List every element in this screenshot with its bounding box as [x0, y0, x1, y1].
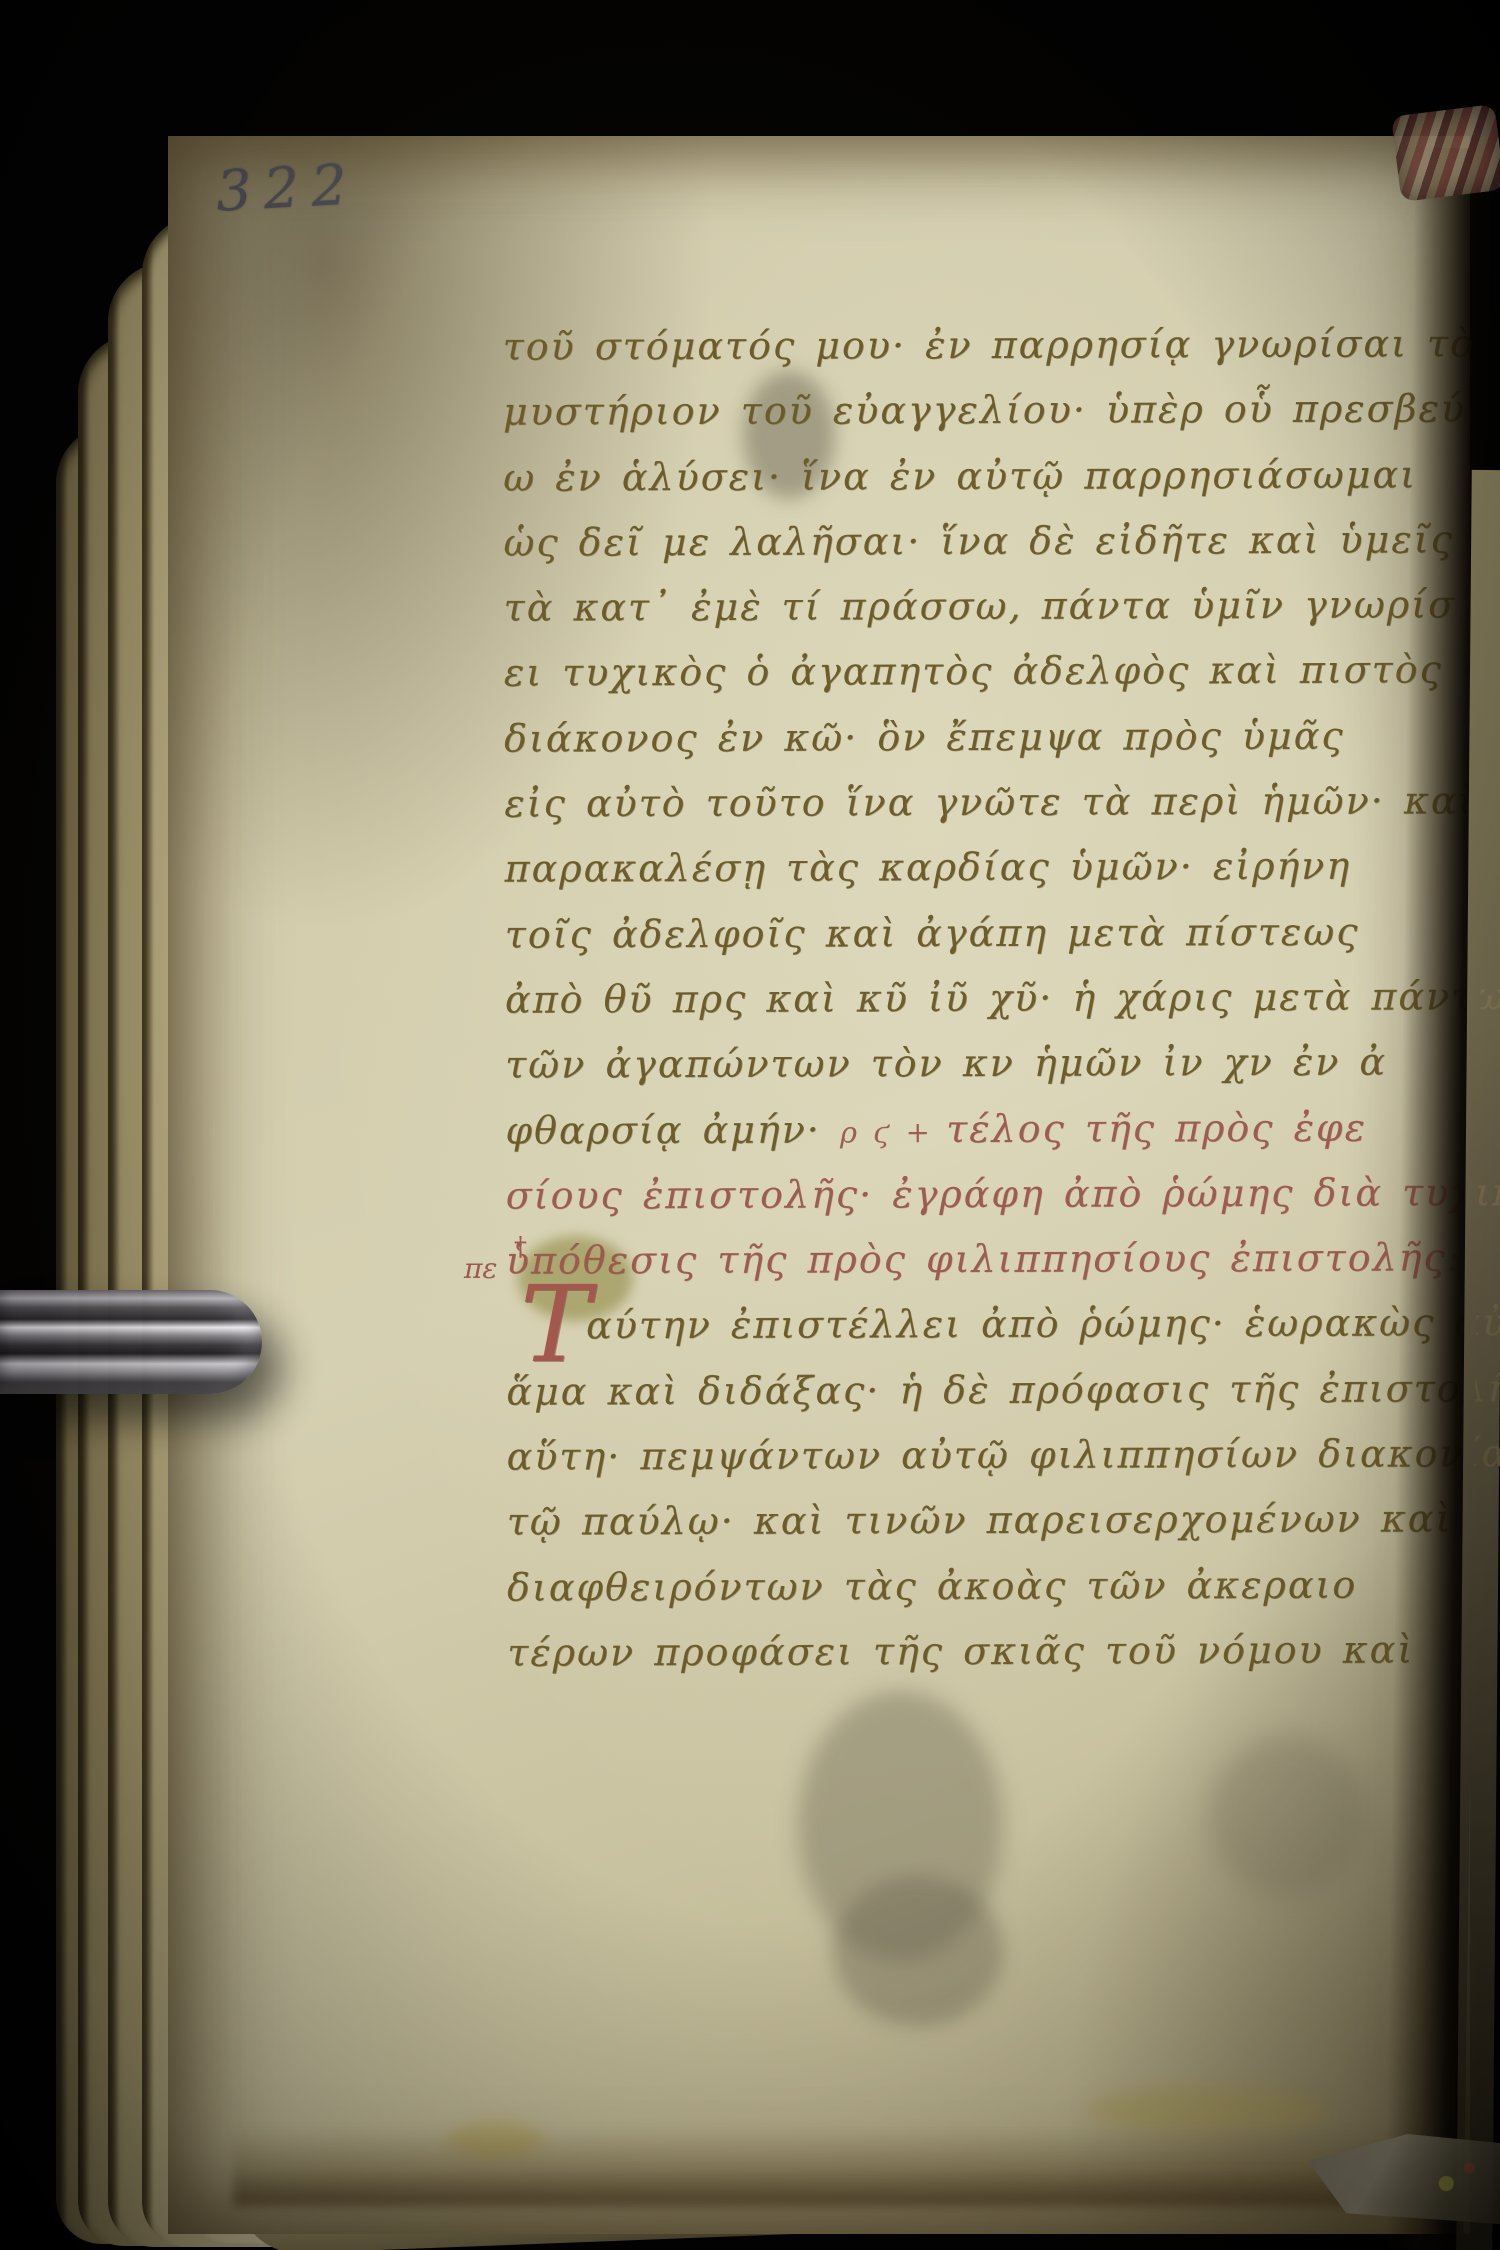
text-line: ὑπόθεσις τῆς πρὸς φιλιππησίους ἐπιστολῆς… — [506, 1225, 1466, 1294]
text-line: ω ἐν ἁλύσει· ἵνα ἐν αὐτῷ παρρησιάσωμαι — [503, 442, 1463, 511]
text-segment: μυστήριον τοῦ εὐαγγελίου· ὑπὲρ οὗ πρεσβε… — [503, 387, 1466, 434]
text-segment: φθαρσίᾳ ἀμήν· — [505, 1107, 840, 1152]
text-line: μυστήριον τοῦ εὐαγγελίου· ὑπὲρ οὗ πρεσβε… — [503, 377, 1463, 446]
text-segment: παρακαλέσῃ τὰς καρδίας ὑμῶν· εἰρήνη — [504, 844, 1351, 891]
gray-blotch-stain — [833, 1876, 1003, 2026]
text-line: ἀπὸ θῦ πρς καὶ κῦ ἰῦ χῦ· ἡ χάρις μετὰ πά… — [505, 964, 1465, 1033]
gray-blotch-stain — [798, 1691, 1003, 1961]
text-line: τὰ κατ᾽ ἐμὲ τί πράσσω, πάντα ὑμῖν γνωρίσ — [504, 573, 1464, 642]
yellow-stain — [1088, 2086, 1328, 2134]
text-segment: σίους ἐπιστολῆς· ἐγράφη ἀπὸ ῥώμης διὰ τυ… — [506, 1170, 1500, 1218]
text-line: παρακαλέσῃ τὰς καρδίας ὑμῶν· εἰρήνη — [504, 834, 1464, 903]
page-holder-rod — [0, 1290, 262, 1394]
margin-cross-mark: † — [514, 1232, 527, 1262]
text-segment: τέρων προφάσει τῆς σκιᾶς τοῦ νόμου καὶ — [507, 1627, 1414, 1674]
text-segment: ὑπόθεσις τῆς πρὸς φιλιππησίους ἐπιστολῆς… — [506, 1235, 1462, 1282]
text-line: φθαρσίᾳ ἀμήν· ρ ϛ + τέλος τῆς πρὸς ἐφε — [505, 1095, 1465, 1164]
text-segment: τοῦ στόματός μου· ἐν παρρησίᾳ γνωρίσαι τ… — [503, 321, 1475, 368]
text-line: εἰς αὐτὸ τοῦτο ἵνα γνῶτε τὰ περὶ ἡμῶν· κ… — [504, 768, 1464, 837]
text-line: αύτην ἐπιστέλλει ἀπὸ ῥώμης· ἑωρακὼς αὐτο… — [506, 1291, 1466, 1360]
text-segment: τέλος τῆς πρὸς ἐφε — [946, 1105, 1367, 1150]
drop-cap-initial: Τ — [520, 1272, 591, 1378]
text-line: τοῦ στόματός μου· ἐν παρρησίᾳ γνωρίσαι τ… — [503, 311, 1463, 380]
text-segment: ἀπὸ θῦ πρς καὶ κῦ ἰῦ χῦ· ἡ χάρις μετὰ πά… — [505, 974, 1500, 1022]
text-line: τῷ παύλῳ· καὶ τινῶν παρεισερχομένων καὶ — [507, 1487, 1467, 1556]
faint-stain — [1208, 1736, 1368, 1896]
text-segment: ω ἐν ἁλύσει· ἵνα ἐν αὐτῷ παρρησιάσωμαι — [503, 452, 1417, 499]
margin-note: πε — [464, 1252, 497, 1285]
pencil-page-number: 322 — [214, 152, 360, 224]
text-segment: τὰ κατ᾽ ἐμὲ τί πράσσω, πάντα ὑμῖν γνωρίσ — [504, 583, 1457, 630]
bottom-edge-stain — [233, 2128, 1431, 2206]
text-line: αὕτη· πεμψάντων αὐτῷ φιλιππησίων διακονί… — [506, 1421, 1466, 1490]
text-segment: ἅμα καὶ διδάξας· ἡ δὲ πρόφασις τῆς ἐπιστ… — [506, 1366, 1500, 1414]
text-block: τοῦ στόματός μου· ἐν παρρησίᾳ γνωρίσαι τ… — [503, 311, 1468, 1686]
manuscript-photo: 322 τοῦ στόματός μου· ἐν παρρησίᾳ γνωρίσ… — [0, 0, 1500, 2250]
text-segment: τῷ παύλῳ· καὶ τινῶν παρεισερχομένων καὶ — [507, 1497, 1453, 1544]
text-segment: διάκονος ἐν κῶ· ὃν ἔπεμψα πρὸς ὑμᾶς — [504, 714, 1345, 761]
text-segment: αύτην ἐπιστέλλει ἀπὸ ῥώμης· ἑωρακὼς αὐτο… — [586, 1300, 1500, 1348]
text-line: διαφθειρόντων τὰς ἀκοὰς τῶν ἀκεραιο — [507, 1552, 1467, 1621]
text-segment: ρ ϛ + — [840, 1115, 946, 1149]
text-segment: αὕτη· πεμψάντων αὐτῷ φιλιππησίων διακονί… — [507, 1431, 1500, 1479]
text-segment: τῶν ἀγαπώντων τὸν κν ἡμῶν ἰν χν ἐν ἀ — [505, 1040, 1387, 1087]
text-segment: ει τυχικὸς ὁ ἀγαπητὸς ἀδελφὸς καὶ πιστὸς — [504, 648, 1443, 695]
text-line: τοῖς ἀδελφοῖς καὶ ἀγάπη μετὰ πίστεως — [505, 899, 1465, 968]
text-line: τῶν ἀγαπώντων τὸν κν ἡμῶν ἰν χν ἐν ἀ — [505, 1030, 1465, 1099]
text-segment: τοῖς ἀδελφοῖς καὶ ἀγάπη μετὰ πίστεως — [505, 909, 1360, 956]
text-line: ει τυχικὸς ὁ ἀγαπητὸς ἀδελφὸς καὶ πιστὸς — [504, 638, 1464, 707]
text-line: διάκονος ἐν κῶ· ὃν ἔπεμψα πρὸς ὑμᾶς — [504, 703, 1464, 772]
text-line: ἅμα καὶ διδάξας· ἡ δὲ πρόφασις τῆς ἐπιστ… — [506, 1356, 1466, 1425]
text-segment: ὡς δεῖ με λαλῆσαι· ἵνα δὲ εἰδῆτε καὶ ὑμε… — [503, 517, 1454, 564]
text-segment: διαφθειρόντων τὰς ἀκοὰς τῶν ἀκεραιο — [507, 1562, 1357, 1609]
text-segment: εἰς αὐτὸ τοῦτο ἵνα γνῶτε τὰ περὶ ἡμῶν· κ… — [504, 778, 1475, 825]
text-line: σίους ἐπιστολῆς· ἐγράφη ἀπὸ ῥώμης διὰ τυ… — [506, 1160, 1466, 1229]
text-line: τέρων προφάσει τῆς σκιᾶς τοῦ νόμου καὶ — [507, 1617, 1467, 1686]
headband-weave — [1391, 104, 1500, 202]
text-line: ὡς δεῖ με λαλῆσαι· ἵνα δὲ εἰδῆτε καὶ ὑμε… — [503, 507, 1463, 576]
